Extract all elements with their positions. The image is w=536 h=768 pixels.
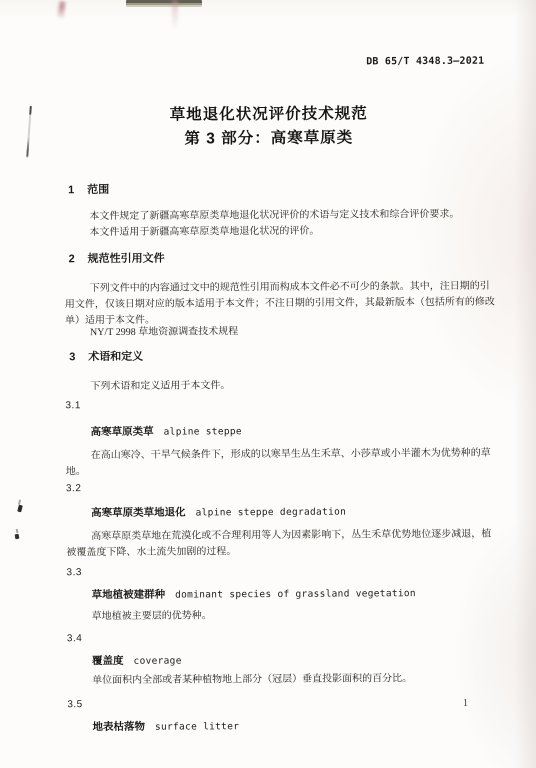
section-number: 3 [69, 351, 85, 364]
term-definition: 在高山寒冷、干旱气候条件下，形成的以寒旱生丛生禾草、小莎草或小半灌木为优势种的草… [66, 446, 500, 481]
term-definition: 草地植被主要层的优势种。 [67, 607, 501, 626]
normative-references-paragraph: 下列文件中的内容通过文中的规范性引用而构成本文件必不可少的条款。其中，注日期的引… [65, 279, 499, 330]
term-heading: 草地植被建群种 dominant species of grassland ve… [92, 584, 536, 602]
section-heading-normative-references: 2 规范性引用文件 [69, 250, 536, 266]
term-heading: 高寒草原类草 alpine steppe [91, 421, 536, 439]
scope-paragraph-2: 本文件适用于新疆高寒草原类草地退化状况的评价。 [64, 223, 498, 242]
page-number: 1 [463, 698, 468, 709]
section-title: 规范性引用文件 [88, 253, 165, 265]
term-name-en: alpine steppe degradation [196, 507, 347, 519]
term-heading: 地表枯落物 surface litter [92, 716, 536, 734]
terms-intro: 下列术语和定义适用于本文件。 [65, 377, 499, 396]
section-heading-terms: 3 术语和定义 [69, 348, 536, 364]
section-heading-scope: 1 范围 [68, 181, 536, 197]
standard-number: DB 65/T 4348.3—2021 [0, 0, 536, 70]
page-content: DB 65/T 4348.3—2021 草地退化状况评价技术规范 第 3 部分：… [0, 0, 536, 735]
term-definition: 单位面积内全部或者某种植物地上部分（冠层）垂直投影面积的百分比。 [67, 671, 501, 690]
normative-reference-item: NY/T 2998 草地资源调查技术规程 [90, 322, 536, 341]
term-name-zh: 草地植被建群种 [92, 589, 166, 601]
term-number: 3.3 [66, 564, 536, 579]
document-title-line2: 第 3 部分：高寒草原类 [184, 129, 353, 147]
term-heading: 高寒草原类草地退化 alpine steppe degradation [91, 502, 536, 520]
section-title: 术语和定义 [88, 351, 143, 363]
section-number: 2 [69, 253, 85, 266]
term-number: 3.4 [67, 630, 536, 645]
document-title: 草地退化状况评价技术规范 第 3 部分：高寒草原类 [1, 101, 536, 152]
term-name-en: coverage [134, 656, 182, 667]
term-name-en: surface litter [155, 721, 239, 733]
document-title-line1: 草地退化状况评价技术规范 [170, 105, 368, 123]
term-name-zh: 高寒草原类草 [91, 426, 154, 438]
term-heading: 覆盖度 coverage [92, 650, 536, 668]
section-title: 范围 [87, 184, 109, 196]
term-number: 3.2 [66, 480, 536, 495]
term-name-en: alpine steppe [164, 426, 242, 437]
section-number: 1 [68, 184, 84, 197]
term-name-zh: 地表枯落物 [92, 721, 145, 733]
term-name-zh: 覆盖度 [92, 655, 124, 667]
term-name-en: dominant species of grassland vegetation [175, 588, 416, 600]
scope-paragraph-1: 本文件规定了新疆高寒草原类草地退化状况评价的术语与定义技术和综合评价要求。 [64, 207, 498, 226]
term-name-zh: 高寒草原类草地退化 [91, 507, 186, 520]
term-number: 3.1 [65, 397, 536, 412]
document-page: DB 65/T 4348.3—2021 草地退化状况评价技术规范 第 3 部分：… [0, 0, 536, 768]
term-definition: 高寒草原类草地在荒漠化或不合理利用等人为因素影响下，丛生禾草优势地位逐步减退，植… [66, 527, 500, 562]
